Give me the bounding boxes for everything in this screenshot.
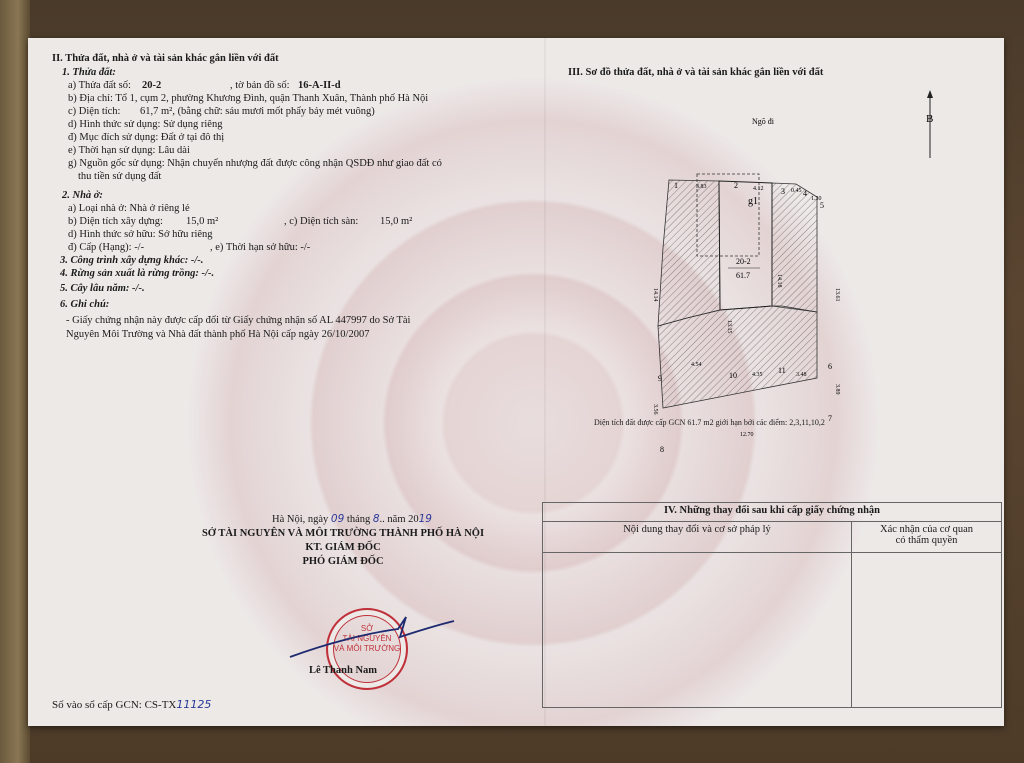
- own-term: , e) Thời hạn sở hữu: -/-: [210, 241, 310, 254]
- year-label: năm 20: [387, 514, 418, 525]
- floor-area-label: , c) Diện tích sàn:: [284, 215, 358, 228]
- date-year: 19: [419, 513, 432, 525]
- svg-text:7: 7: [828, 414, 832, 423]
- date-month: 8: [373, 513, 380, 525]
- svg-text:11: 11: [778, 366, 786, 375]
- section3-title: III. Sơ đồ thửa đất, nhà ở và tài sản kh…: [568, 66, 823, 79]
- svg-text:4.12: 4.12: [753, 186, 764, 192]
- svg-text:20-2: 20-2: [736, 257, 751, 266]
- perennial: 5. Cây lâu năm: -/-.: [60, 282, 145, 295]
- svg-text:13.15: 13.15: [726, 320, 732, 334]
- address: b) Địa chỉ: Tổ 1, cụm 2, phường Khương Đ…: [68, 92, 428, 105]
- svg-text:14.18: 14.18: [776, 274, 782, 288]
- forest: 4. Rừng sản xuất là rừng trồng: -/-.: [60, 267, 214, 280]
- svg-text:2: 2: [734, 181, 738, 190]
- section4-title: IV. Những thay đổi sau khi cấp giấy chứn…: [543, 503, 1002, 522]
- area-value: 61,7 m², (bằng chữ: sáu mươi mốt phẩy bả…: [140, 105, 375, 118]
- signer-title1: KT. GIÁM ĐỐC: [178, 541, 508, 554]
- svg-text:9: 9: [658, 374, 662, 383]
- use-purpose: đ) Mục đích sử dụng: Đất ở tại đô thị: [68, 131, 224, 144]
- notes-line2: Nguyên Môi Trường và Nhà đất thành phố H…: [66, 328, 369, 341]
- signature-scribble: [288, 613, 458, 663]
- svg-text:0.45: 0.45: [791, 188, 802, 194]
- svg-text:4.35: 4.35: [752, 372, 763, 378]
- agency-name: SỞ TÀI NGUYÊN VÀ MÔI TRƯỜNG THÀNH PHỐ HÀ…: [178, 527, 508, 540]
- svg-text:3.48: 3.48: [796, 372, 807, 378]
- date-day: 09: [331, 513, 344, 525]
- registry-number: 11125: [176, 698, 211, 711]
- svg-text:1.30: 1.30: [811, 196, 822, 202]
- month-label: tháng: [347, 514, 370, 525]
- svg-text:Ngõ đi: Ngõ đi: [752, 117, 775, 126]
- map-label: , tờ bản đồ số:: [230, 79, 290, 92]
- svg-text:4.54: 4.54: [691, 362, 702, 368]
- svg-text:g1: g1: [748, 196, 758, 207]
- house-heading: 2. Nhà ở:: [62, 189, 103, 202]
- svg-text:8: 8: [660, 445, 664, 454]
- svg-text:61.7: 61.7: [736, 271, 750, 280]
- ownership: d) Hình thức sở hữu: Sở hữu riêng: [68, 228, 213, 241]
- svg-text:3: 3: [781, 187, 785, 196]
- svg-text:3.89: 3.89: [834, 384, 840, 395]
- certificate-page: II. Thửa đất, nhà ở và tài sản khác gắn …: [28, 38, 1004, 726]
- diagram-caption: Diện tích đất được cấp GCN 61.7 m2 giới …: [594, 416, 825, 429]
- svg-text:3.56: 3.56: [652, 404, 658, 415]
- svg-text:4: 4: [803, 189, 807, 198]
- svg-text:13.61: 13.61: [834, 288, 840, 302]
- registry-line: Số vào sổ cấp GCN: CS-TX11125: [52, 698, 211, 712]
- svg-text:5: 5: [820, 201, 824, 210]
- parcel-diagram: B Ngõ đi g1 20-2 61.7 1 2 3 4 5 6 7 8 9 …: [588, 88, 988, 468]
- confirm-cell: [852, 553, 1002, 708]
- notes-heading: 6. Ghi chú:: [60, 298, 109, 311]
- other-works: 3. Công trình xây dựng khác: -/-.: [60, 254, 203, 267]
- parcel-label: a) Thửa đất số:: [68, 79, 131, 92]
- table-surface: [0, 0, 30, 763]
- signer-name: Lê Thanh Nam: [278, 664, 408, 677]
- svg-text:12.70: 12.70: [740, 432, 754, 438]
- build-area: 15,0 m²: [186, 215, 218, 228]
- date-line: Hà Nội, ngày 09 tháng 8.. năm 2019: [272, 513, 432, 526]
- svg-text:B: B: [926, 113, 933, 125]
- use-term: e) Thời hạn sử dụng: Lâu dài: [68, 144, 190, 157]
- notes-line1: - Giấy chứng nhận này được cấp đổi từ Gi…: [66, 314, 410, 327]
- land-heading: 1. Thửa đất:: [62, 66, 116, 79]
- house-type: a) Loại nhà ở: Nhà ở riêng lẻ: [68, 202, 190, 215]
- section2-title: II. Thửa đất, nhà ở và tài sản khác gắn …: [52, 52, 279, 65]
- grade: đ) Cấp (Hạng): -/-: [68, 241, 144, 254]
- build-area-label: b) Diện tích xây dựng:: [68, 215, 163, 228]
- floor-area: 15,0 m²: [380, 215, 412, 228]
- svg-text:10: 10: [729, 371, 737, 380]
- use-form: d) Hình thức sử dụng: Sử dụng riêng: [68, 118, 222, 131]
- parcel-number: 20-2: [142, 79, 161, 92]
- signer-title2: PHÓ GIÁM ĐỐC: [178, 555, 508, 568]
- svg-text:1: 1: [674, 181, 678, 190]
- svg-text:6: 6: [828, 362, 832, 371]
- col-confirm-header: Xác nhận của cơ quancó thẩm quyền: [852, 522, 1002, 553]
- area-label: c) Diện tích:: [68, 105, 120, 118]
- svg-text:3.83: 3.83: [696, 184, 707, 190]
- origin-line2: thu tiền sử dụng đất: [78, 170, 161, 183]
- changes-cell: [543, 553, 852, 708]
- origin-line1: g) Nguồn gốc sử dụng: Nhận chuyển nhượng…: [68, 157, 442, 170]
- date-prefix: Hà Nội, ngày: [272, 514, 328, 525]
- svg-text:14.14: 14.14: [652, 288, 658, 302]
- registry-label: Số vào sổ cấp GCN: CS-TX: [52, 699, 176, 711]
- map-number: 16-A-II-d: [298, 79, 341, 92]
- col-changes-header: Nội dung thay đổi và cơ sở pháp lý: [543, 522, 852, 553]
- changes-table: IV. Những thay đổi sau khi cấp giấy chứn…: [542, 502, 1002, 708]
